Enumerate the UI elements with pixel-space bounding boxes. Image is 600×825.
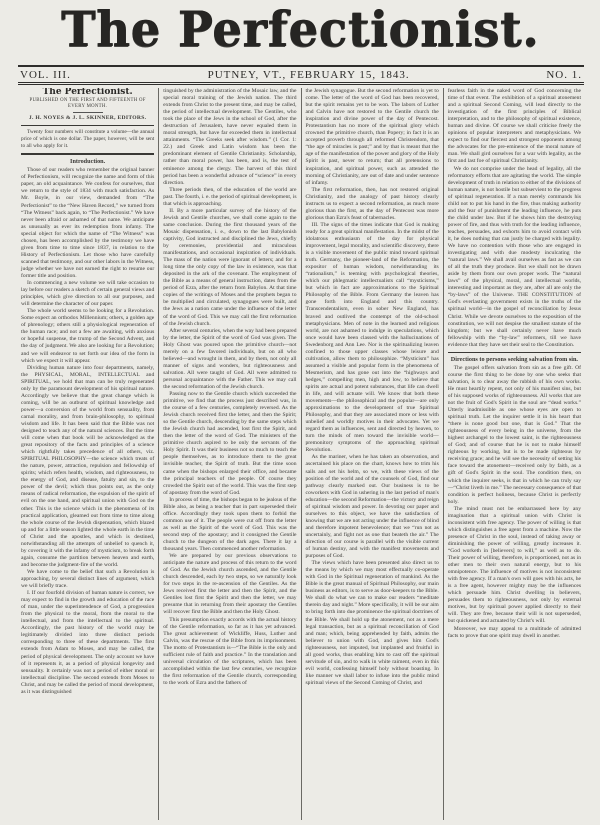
- dateline-rule-double: [18, 84, 584, 85]
- masthead: The Perfectionist.: [0, 0, 600, 66]
- column-3: the Jewish synagogue. But the second ref…: [301, 88, 443, 820]
- paragraph: In process of time, the bishops began to…: [163, 497, 296, 553]
- paragraph: Those of our readers who remember the or…: [21, 167, 154, 280]
- paragraph: Moreover, we may appeal to a multitude o…: [448, 626, 581, 640]
- masthead-rule: [18, 65, 584, 67]
- paragraph: The views which have been presented also…: [306, 560, 439, 687]
- column-4: fearless faith in the naked word of God …: [443, 88, 585, 820]
- paragraph: II. By a more particular survey of the h…: [163, 208, 296, 328]
- divider: [21, 125, 154, 126]
- place-and-date: PUTNEY, VT., FEBRUARY 15, 1843.: [208, 69, 410, 81]
- publication-info: PUBLISHED ON THE FIRST AND FIFTEENTH OF …: [21, 98, 154, 110]
- volume-number: VOL. III.: [20, 69, 71, 81]
- introduction-heading: Introduction.: [21, 158, 154, 165]
- paragraph: We are prepared by our previous observat…: [163, 553, 296, 616]
- paper-name-heading: The Perfectionist.: [21, 89, 154, 96]
- paragraph: fearless faith in the naked word of God …: [448, 88, 581, 166]
- directions-heading: Directions to persons seeking salvation …: [448, 356, 581, 363]
- divider: [448, 352, 581, 353]
- paragraph: As the mariner, when he has taken an obs…: [306, 454, 439, 560]
- paragraph: The gospel offers salvation from sin as …: [448, 365, 581, 506]
- paragraph: In commencing a new volume we will take …: [21, 280, 154, 308]
- paragraph: After several centuries, when the way ha…: [163, 328, 296, 391]
- editors-line: J. H. NOYES & J. L. SKINNER, EDITORS.: [21, 115, 154, 122]
- newspaper-page: The Perfectionist. VOL. III. PUTNEY, VT.…: [0, 0, 600, 825]
- paragraph: The whole world seems to be looking for …: [21, 308, 154, 364]
- paragraph: I. If our fourfold division of human nat…: [21, 590, 154, 696]
- paragraph: Dividing human nature into four departme…: [21, 365, 154, 569]
- paragraph: Passing now to the Gentile church which …: [163, 391, 296, 497]
- paragraph: We have come to the belief that such a R…: [21, 569, 154, 590]
- column-1: The Perfectionist. PUBLISHED ON THE FIRS…: [17, 88, 158, 820]
- dateline-rule: [18, 82, 584, 83]
- paragraph: tinguished by the administration of the …: [163, 88, 296, 187]
- divider: [21, 153, 154, 155]
- paragraph: This presumption exactly accords with th…: [163, 617, 296, 687]
- paragraph: The first reformation, then, has not res…: [306, 187, 439, 222]
- paragraph: We do not comprise under the head of leg…: [448, 166, 581, 349]
- paragraph: the Jewish synagogue. But the second ref…: [306, 88, 439, 187]
- article-columns: The Perfectionist. PUBLISHED ON THE FIRS…: [17, 88, 585, 820]
- paragraph: The mind must not be embarrassed here by…: [448, 506, 581, 626]
- issue-number: NO. 1.: [546, 69, 582, 81]
- paragraph: Three periods then, of the education of …: [163, 187, 296, 208]
- column-2: tinguished by the administration of the …: [158, 88, 300, 820]
- paragraph: III. The signs of the times indicate tha…: [306, 222, 439, 455]
- divider: [73, 112, 103, 113]
- newspaper-title: The Perfectionist.: [61, 1, 539, 58]
- dateline: VOL. III. PUTNEY, VT., FEBRUARY 15, 1843…: [20, 68, 582, 82]
- subscription-terms: Twenty four numbers will constitute a vo…: [21, 129, 154, 150]
